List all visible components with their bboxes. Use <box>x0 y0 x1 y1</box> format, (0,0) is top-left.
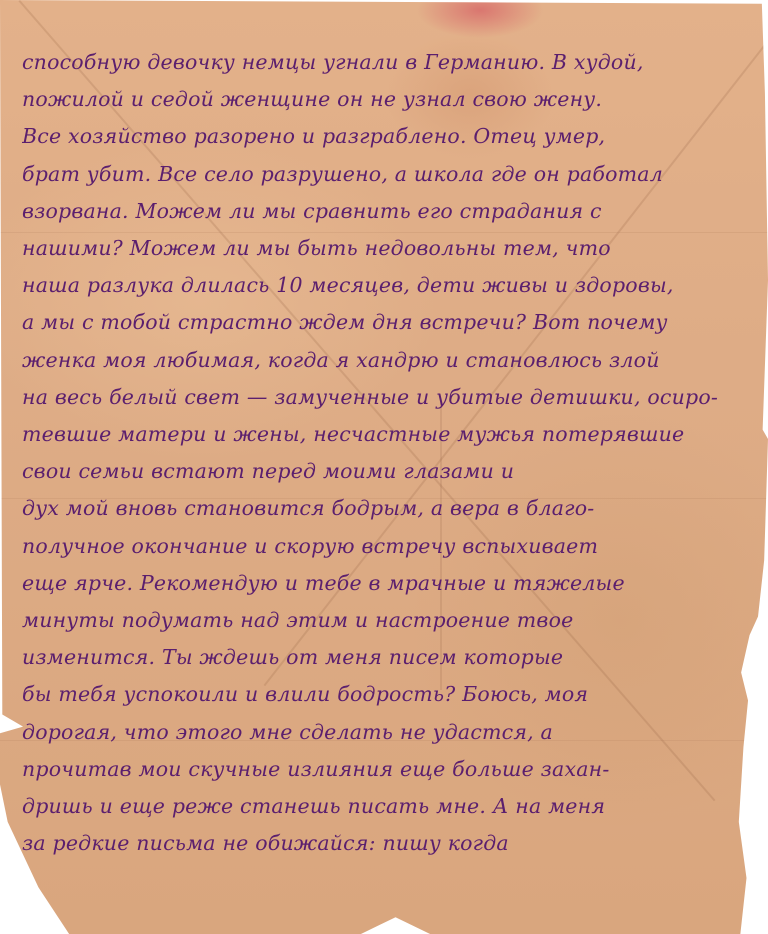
letter-line: а мы с тобой страстно ждем дня встречи? … <box>22 304 752 341</box>
letter-line: дорогая, что этого мне сделать не удастс… <box>22 714 752 751</box>
letter-line: наша разлука длилась 10 месяцев, дети жи… <box>22 267 752 304</box>
letter-paper: способную девочку немцы угнали в Германи… <box>0 0 768 934</box>
letter-text: способную девочку немцы угнали в Германи… <box>22 44 752 862</box>
letter-line: способную девочку немцы угнали в Германи… <box>22 44 752 81</box>
letter-line: пожилой и седой женщине он не узнал свою… <box>22 81 752 118</box>
letter-line: тевшие матери и жены, несчастные мужья п… <box>22 416 752 453</box>
letter-line: минуты подумать над этим и настроение тв… <box>22 602 752 639</box>
letter-line: бы тебя успокоили и влили бодрость? Боюс… <box>22 676 752 713</box>
letter-line: дришь и еще реже станешь писать мне. А н… <box>22 788 752 825</box>
letter-line: на весь белый свет — замученные и убитые… <box>22 379 752 416</box>
letter-line: еще ярче. Рекомендую и тебе в мрачные и … <box>22 565 752 602</box>
letter-line: дух мой вновь становится бодрым, а вера … <box>22 490 752 527</box>
letter-line: нашими? Можем ли мы быть недовольны тем,… <box>22 230 752 267</box>
letter-line: прочитав мои скучные излияния еще больше… <box>22 751 752 788</box>
letter-line: брат убит. Все село разрушено, а школа г… <box>22 156 752 193</box>
letter-line: за редкие письма не обижайся: пишу когда <box>22 825 752 862</box>
letter-line: свои семьи встают перед моими глазами и <box>22 453 752 490</box>
letter-line: изменится. Ты ждешь от меня писем которы… <box>22 639 752 676</box>
letter-line: получное окончание и скорую встречу вспы… <box>22 528 752 565</box>
letter-line: взорвана. Можем ли мы сравнить его страд… <box>22 193 752 230</box>
letter-line: Все хозяйство разорено и разграблено. От… <box>22 118 752 155</box>
letter-line: женка моя любимая, когда я хандрю и стан… <box>22 342 752 379</box>
